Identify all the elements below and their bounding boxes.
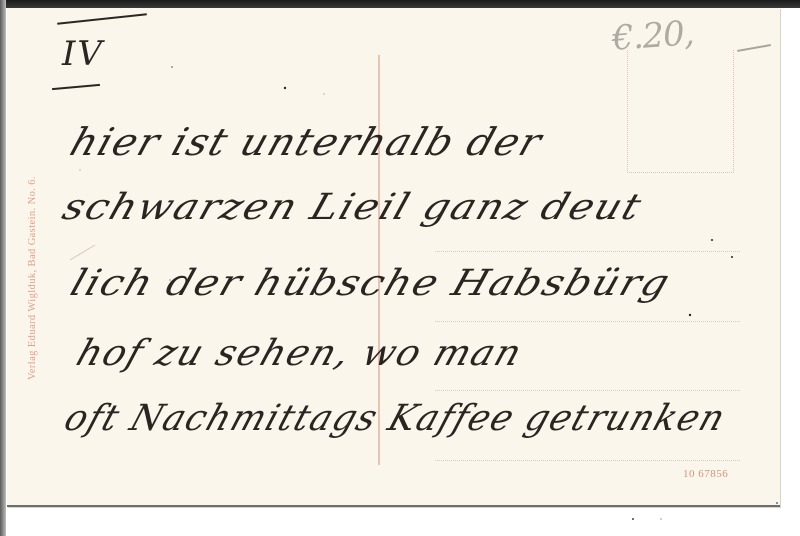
handwritten-line-3: lich der hübsche Habsbürg <box>65 263 675 304</box>
handwritten-line-1: hier ist unterhalb der <box>65 120 549 164</box>
scan-border-top <box>0 0 800 8</box>
pencil-price-mark: €.20, <box>611 13 695 59</box>
handwritten-line-2: schwarzen Lieil ganz deut <box>57 187 647 228</box>
serial-number: 10 67856 <box>683 468 728 480</box>
address-line-4 <box>435 460 740 461</box>
handwritten-line-4: hof zu sehen, wo man <box>71 333 528 374</box>
publisher-imprint: Verlag Eduard Wiglduk, Bad Gastein. No. … <box>27 176 38 380</box>
handwritten-line-5: oft Nachmittags Kaffee getrunken <box>59 398 731 439</box>
address-line-2 <box>435 321 740 322</box>
stamp-placeholder-box <box>627 50 734 173</box>
address-line-1 <box>435 251 740 252</box>
address-line-3 <box>435 390 740 391</box>
scan-border-left <box>0 0 6 536</box>
roman-numeral: IV <box>62 34 104 74</box>
